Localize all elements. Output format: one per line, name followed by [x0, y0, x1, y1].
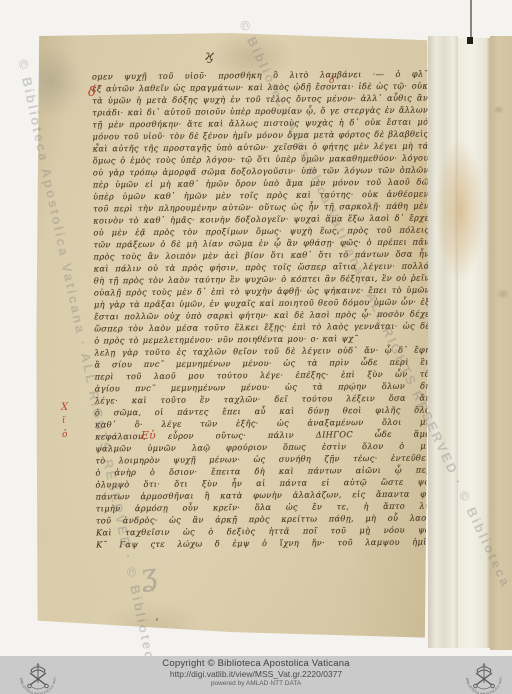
seal-emblem-icon: [474, 663, 495, 689]
page-speck: [366, 533, 368, 535]
source-url-text: http://digi.vatlib.it/view/MSS_Vat.gr.22…: [0, 669, 512, 679]
binding-thread-tip: [467, 37, 473, 44]
svg-text:BIBLIOTECA APOSTOLICA VATICANA: BIBLIOTECA APOSTOLICA VATICANA: [462, 657, 503, 694]
marginal-mark: ϊ: [62, 417, 66, 426]
gutter-stain: [436, 138, 484, 283]
vatican-library-seal-left: BIBLIOTECA APOSTOLICA VATICANA: [16, 657, 60, 694]
facing-page-edge: [490, 36, 512, 650]
page-edges-strip: [428, 36, 458, 648]
marginal-mark: ὁ: [62, 431, 67, 440]
page-speck: [156, 618, 158, 621]
vatican-library-seal-right: BIBLIOTECA APOSTOLICA VATICANA: [462, 657, 506, 694]
seal-ring-text: BIBLIOTECA APOSTOLICA VATICANA: [16, 657, 57, 694]
powered-by-text: powered by AMLAD·NTT DATA: [0, 680, 512, 687]
seal-emblem-icon: [28, 663, 49, 689]
page-speck: [96, 143, 99, 146]
svg-text:BIBLIOTECA APOSTOLICA VATICANA: BIBLIOTECA APOSTOLICA VATICANA: [16, 657, 57, 694]
manuscript-page: ομεν ψυχῇ τοῦ υἱοῦ· προσθήκη ὃ λιτὸ λαμβ…: [36, 33, 428, 640]
page-edges-strip-2: [458, 38, 490, 648]
seal-ring-text: BIBLIOTECA APOSTOLICA VATICANA: [462, 657, 503, 694]
page-scribble: ʓ: [138, 557, 160, 594]
footer-bar: Copyright © Biblioteca Apostolica Vatica…: [0, 656, 512, 694]
marginal-mark: Χ: [61, 403, 68, 413]
manuscript-textblock: ομεν ψυχῇ τοῦ υἱοῦ· προσθήκη ὃ λιτὸ λαμβ…: [92, 68, 432, 551]
copyright-text: Copyright © Biblioteca Apostolica Vatica…: [0, 658, 512, 669]
digitized-manuscript-photo: ομεν ψυχῇ τοῦ υἱοῦ· προσθήκη ὃ λιτὸ λαμβ…: [0, 0, 512, 694]
binding-thread: [470, 0, 472, 38]
marginal-mark: ϗ: [205, 49, 214, 63]
manuscript-line: Κ῀ Γαψ ςτε λώχω δ ἐμψ ὁ ἴχνη ἤν· τοῦ λαμ…: [96, 536, 432, 551]
